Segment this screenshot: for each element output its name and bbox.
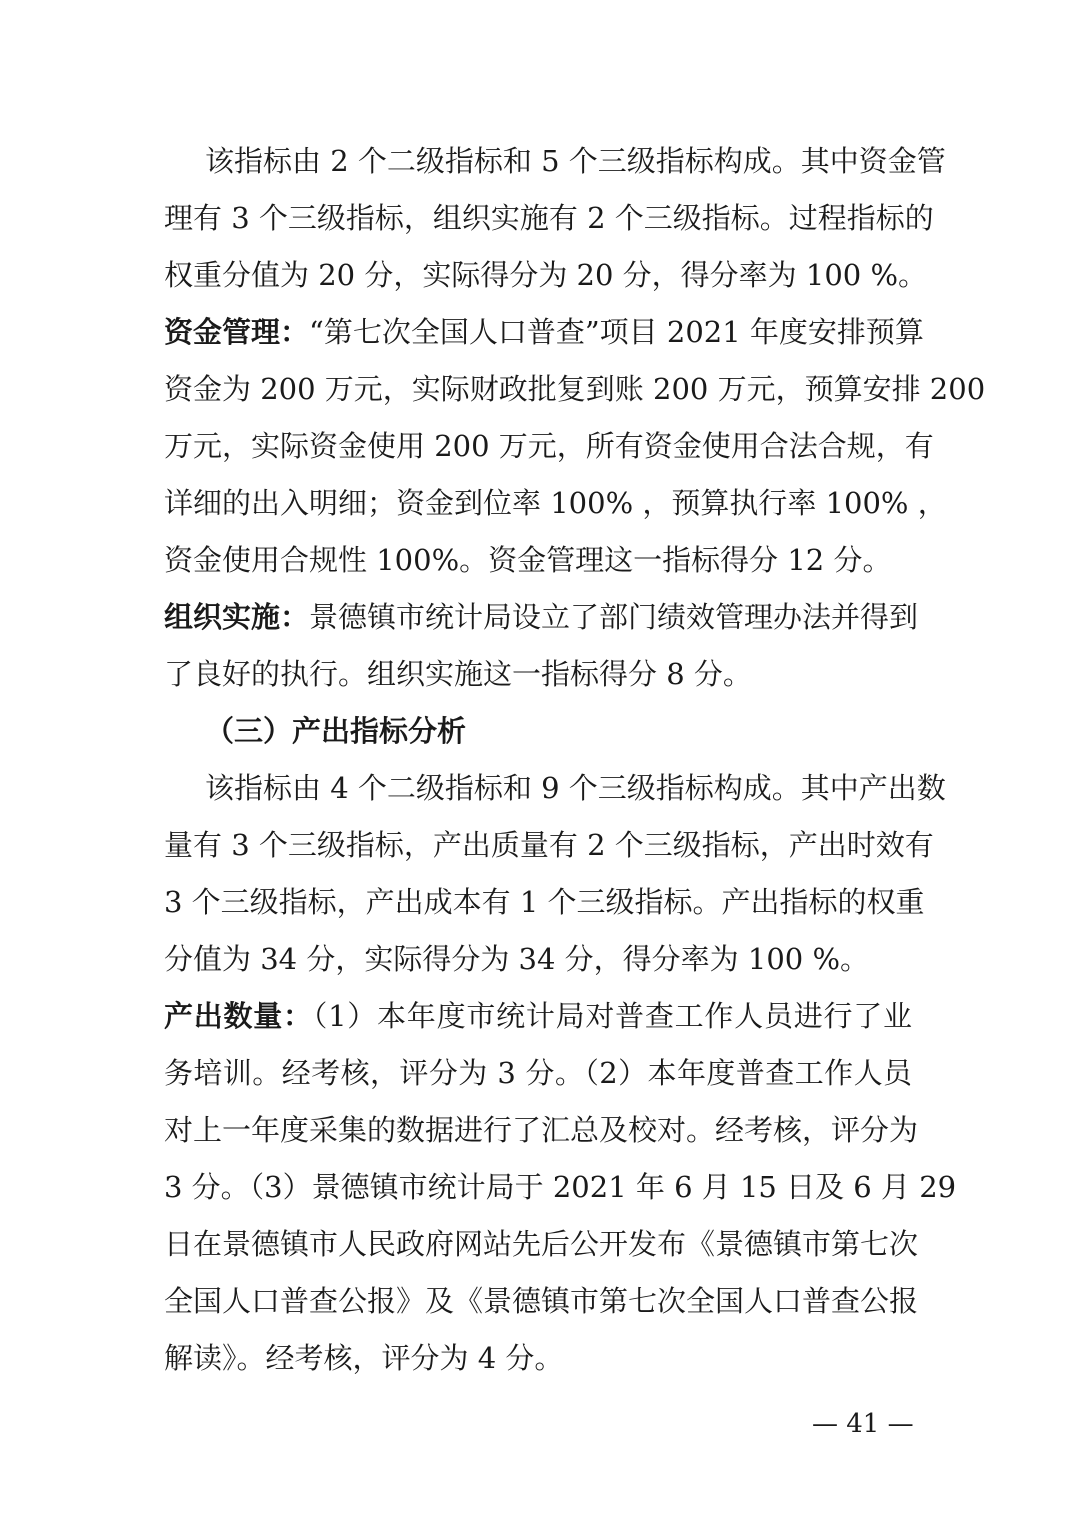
paragraph-line: 该指标由 2 个二级指标和 5 个三级指标构成。其中资金管 — [205, 141, 912, 181]
section-lead: 组织实施： — [164, 600, 309, 634]
output-quantity-line: 产出数量：（1）本年度市统计局对普查工作人员进行了业 — [164, 996, 912, 1036]
organization-line: 组织实施：景德镇市统计局设立了部门绩效管理办法并得到 — [164, 597, 912, 637]
paragraph-line: 了良好的执行。组织实施这一指标得分 8 分。 — [164, 654, 912, 694]
paragraph-line: 万元，实际资金使用 200 万元，所有资金使用合法合规，有 — [164, 426, 912, 466]
paragraph-line: 权重分值为 20 分，实际得分为 20 分，得分率为 100 %。 — [164, 255, 912, 295]
paragraph-line: 对上一年度采集的数据进行了汇总及校对。经考核，评分为 — [164, 1110, 912, 1150]
paragraph-line: 务培训。经考核，评分为 3 分。（2）本年度普查工作人员 — [164, 1053, 912, 1093]
paragraph-line: 理有 3 个三级指标，组织实施有 2 个三级指标。过程指标的 — [164, 198, 912, 238]
paragraph-line: 分值为 34 分，实际得分为 34 分，得分率为 100 %。 — [164, 939, 912, 979]
paragraph-line: 日在景德镇市人民政府网站先后公开发布《景德镇市第七次 — [164, 1224, 912, 1264]
paragraph-line: 3 分。（3）景德镇市统计局于 2021 年 6 月 15 日及 6 月 29 — [164, 1167, 912, 1207]
section-lead: 资金管理： — [164, 315, 309, 349]
paragraph-line: 量有 3 个三级指标，产出质量有 2 个三级指标，产出时效有 — [164, 825, 912, 865]
paragraph-text: “第七次全国人口普查”项目 2021 年度安排预算 — [309, 315, 924, 349]
paragraph-line: 资金为 200 万元，实际财政批复到账 200 万元，预算安排 200 — [164, 369, 912, 409]
paragraph-line: 3 个三级指标，产出成本有 1 个三级指标。产出指标的权重 — [164, 882, 912, 922]
fund-management-line: 资金管理：“第七次全国人口普查”项目 2021 年度安排预算 — [164, 312, 912, 352]
paragraph-line: 资金使用合规性 100%。资金管理这一指标得分 12 分。 — [164, 540, 912, 580]
paragraph-line: 该指标由 4 个二级指标和 9 个三级指标构成。其中产出数 — [205, 768, 912, 808]
paragraph-line: 全国人口普查公报》及《景德镇市第七次全国人口普查公报 — [164, 1281, 912, 1321]
paragraph-line: 详细的出入明细；资金到位率 100% ，预算执行率 100% ， — [164, 483, 912, 523]
paragraph-text: （1）本年度市统计局对普查工作人员进行了业 — [313, 999, 912, 1033]
section-heading: （三）产出指标分析 — [205, 711, 805, 751]
page-number: — 41 — — [812, 1406, 912, 1442]
section-lead: 产出数量： — [164, 999, 313, 1033]
paragraph-line: 解读》。经考核，评分为 4 分。 — [164, 1338, 912, 1378]
paragraph-text: 景德镇市统计局设立了部门绩效管理办法并得到 — [309, 600, 918, 634]
